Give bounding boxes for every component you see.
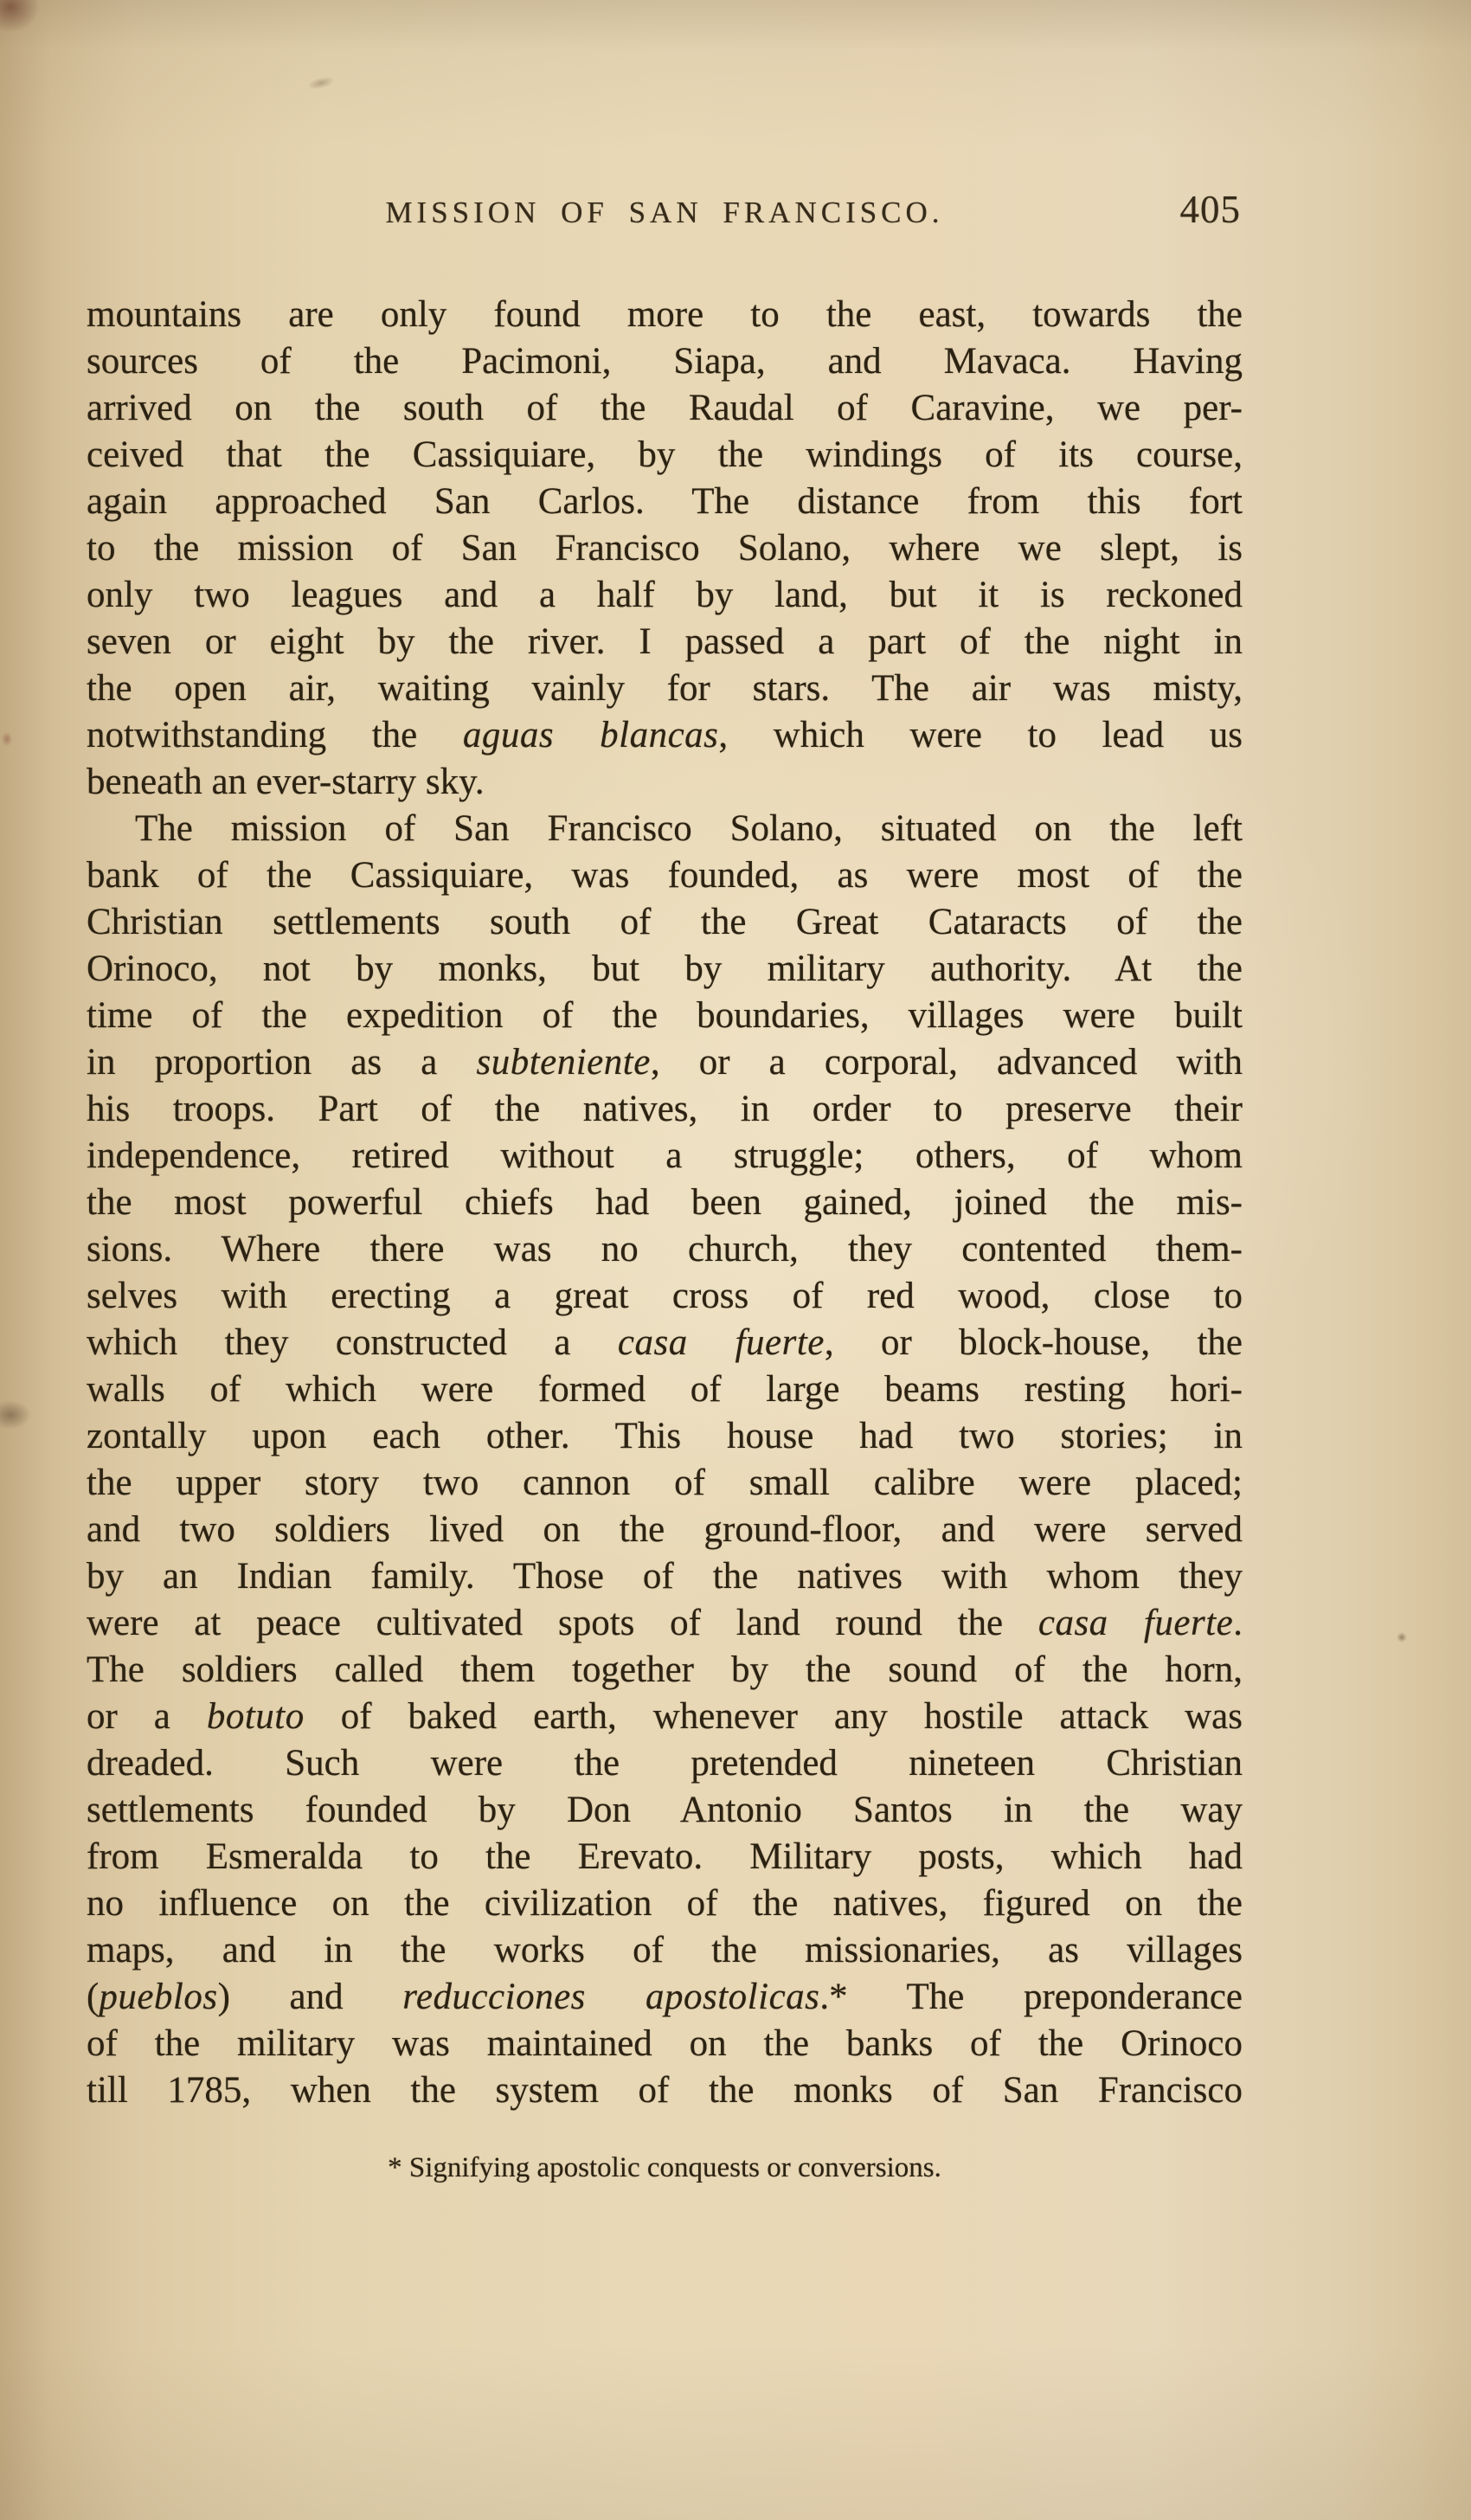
text-line: ceived that the Cassiquiare, by the wind… — [87, 432, 1243, 479]
text-line: of the military was maintained on the ba… — [87, 2021, 1243, 2067]
body-text: mountains are only found more to the eas… — [87, 292, 1243, 2114]
text-line: time of the expedition of the boundaries… — [87, 993, 1243, 1039]
scan-smudge-left-edge — [0, 1400, 31, 1430]
text-line: sources of the Pacimoni, Siapa, and Mava… — [87, 338, 1243, 385]
book-page-scan: MISSION OF SAN FRANCISCO. 405 mountains … — [0, 0, 1471, 2520]
text-line: mountains are only found more to the eas… — [87, 292, 1243, 338]
paragraph: mountains are only found more to the eas… — [87, 292, 1243, 806]
text-line: which they constructed a casa fuerte, or… — [87, 1320, 1243, 1366]
text-line: bank of the Cassiquiare, was founded, as… — [87, 852, 1243, 899]
text-column: mountains are only found more to the eas… — [87, 292, 1243, 2185]
text-line: the open air, waiting vainly for stars. … — [87, 665, 1243, 712]
text-line: beneath an ever-starry sky. — [87, 759, 1243, 806]
paragraph: The mission of San Francisco Solano, sit… — [87, 806, 1243, 2114]
text-line: notwithstanding the aguas blancas, which… — [87, 712, 1243, 759]
text-line: independence, retired without a struggle… — [87, 1133, 1243, 1180]
text-line: The soldiers called them together by the… — [87, 1647, 1243, 1694]
text-line: sions. Where there was no church, they c… — [87, 1226, 1243, 1273]
page-title: MISSION OF SAN FRANCISCO. — [87, 196, 1243, 230]
text-line: and two soldiers lived on the ground-flo… — [87, 1507, 1243, 1553]
text-line: dreaded. Such were the pretended ninetee… — [87, 1740, 1243, 1787]
running-head: MISSION OF SAN FRANCISCO. 405 — [87, 196, 1243, 230]
text-line: the most powerful chiefs had been gained… — [87, 1180, 1243, 1226]
text-line: arrived on the south of the Raudal of Ca… — [87, 385, 1243, 432]
text-line: no influence on the civilization of the … — [87, 1880, 1243, 1927]
scan-speck-red — [2, 732, 12, 746]
text-line: Christian settlements south of the Great… — [87, 899, 1243, 946]
page-number: 405 — [1180, 187, 1242, 232]
text-line: only two leagues and a half by land, but… — [87, 572, 1243, 619]
text-line: The mission of San Francisco Solano, sit… — [87, 806, 1243, 852]
text-line: to the mission of San Francisco Solano, … — [87, 525, 1243, 572]
text-line: again approached San Carlos. The distanc… — [87, 479, 1243, 525]
text-line: the upper story two cannon of small cali… — [87, 1460, 1243, 1507]
scan-smudge-corner — [0, 0, 40, 33]
text-line: maps, and in the works of the missionari… — [87, 1927, 1243, 1974]
text-line: zontally upon each other. This house had… — [87, 1413, 1243, 1460]
text-line: till 1785, when the system of the monks … — [87, 2067, 1243, 2114]
text-line: in proportion as a subteniente, or a cor… — [87, 1039, 1243, 1086]
text-line: or a botuto of baked earth, whenever any… — [87, 1694, 1243, 1740]
footnote: * Signifying apostolic conquests or conv… — [87, 2150, 1243, 2185]
text-line: by an Indian family. Those of the native… — [87, 1553, 1243, 1600]
scan-speck-right — [1397, 1632, 1407, 1642]
text-line: seven or eight by the river. I passed a … — [87, 619, 1243, 665]
text-line: Orinoco, not by monks, but by military a… — [87, 946, 1243, 993]
text-line: from Esmeralda to the Erevato. Military … — [87, 1834, 1243, 1880]
scan-mark-top — [307, 75, 335, 92]
text-line: selves with erecting a great cross of re… — [87, 1273, 1243, 1320]
text-line: were at peace cultivated spots of land r… — [87, 1600, 1243, 1647]
text-line: his troops. Part of the natives, in orde… — [87, 1086, 1243, 1133]
text-line: settlements founded by Don Antonio Santo… — [87, 1787, 1243, 1834]
text-line: walls of which were formed of large beam… — [87, 1366, 1243, 1413]
text-line: (pueblos) and reducciones apostolicas.* … — [87, 1974, 1243, 2021]
